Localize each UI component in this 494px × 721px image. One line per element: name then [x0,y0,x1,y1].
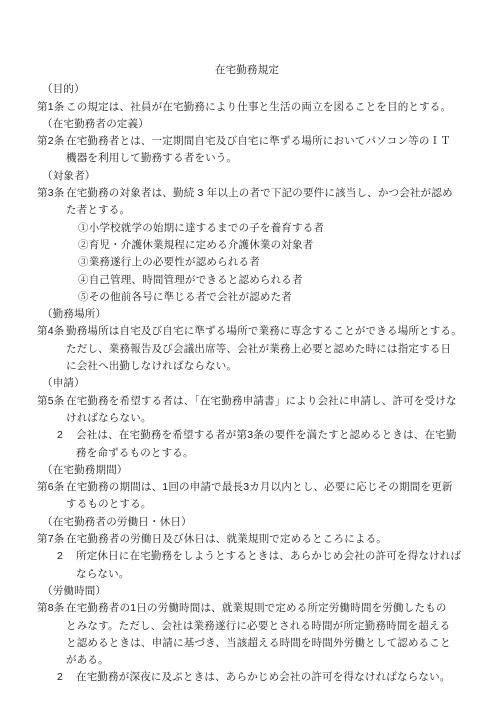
numbered-list-item: ②育児・介護休業規程に定める介護休業の対象者 [0,237,494,254]
article-continuation-line: ただし、業務報告及び会議出席等、会社が業務上必要と認めた時には指定する日 [0,341,494,358]
section-heading: （目的） [0,81,494,98]
line-text: 所定休日に在宅勤務をしようとするときは、あらかじめ会社の許可を得なければ [76,548,494,565]
section-heading: （勤務場所） [0,306,494,323]
document-page: 在宅勤務規定 （目的）第1条この規定は、社員が在宅勤務により仕事と生活の両立を図… [0,0,494,721]
sub-clause-number: 2 [57,427,76,444]
article-line: 第3条在宅勤務の対象者は、勤続 3 年以上の者で下記の要件に該当し、かつ会社が認… [0,185,494,202]
article-continuation-line: と認めるときは、申請に基づき、当該超える時間を時間外労働として認めること [0,635,494,652]
line-text: 在宅勤務の期間は、1回の申請で最長3カ月以内とし、必要に応じその期間を更新 [66,479,494,496]
article-number: 第8条 [37,600,66,617]
line-text: 在宅勤務の対象者は、勤続 3 年以上の者で下記の要件に該当し、かつ会社が認め [66,185,494,202]
line-text: 在宅勤務者の労働日及び休日は、就業規則で定めるところによる。 [66,531,494,548]
article-number: 第2条 [37,133,66,150]
article-line: 第4条勤務場所は自宅及び自宅に準ずる場所で業務に専念することができる場所とする。 [0,323,494,340]
article-continuation-line: 機器を利用して勤務する者をいう。 [0,150,494,167]
article-line: 第7条在宅勤務者の労働日及び休日は、就業規則で定めるところによる。 [0,531,494,548]
numbered-list-item: ①小学校就学の始期に達するまでの子を養育する者 [0,220,494,237]
sub-clause-continuation-line: ならない。 [0,566,494,583]
section-heading: （在宅勤務期間） [0,462,494,479]
article-continuation-line: するものとする。 [0,496,494,513]
article-number: 第1条 [37,99,66,116]
numbered-list-item: ⑤その他前各号に準じる者で会社が認めた者 [0,289,494,306]
section-heading: （対象者） [0,168,494,185]
sub-clause-line: 2会社は、在宅勤務を希望する者が第3条の要件を満たすと認めるときは、在宅勤 [0,427,494,444]
document-body: 在宅勤務規定 （目的）第1条この規定は、社員が在宅勤務により仕事と生活の両立を図… [0,0,494,687]
line-text: 在宅勤務者の1日の労働時間は、就業規則で定める所定労働時間を労働したもの [66,600,494,617]
article-line: 第6条在宅勤務の期間は、1回の申請で最長3カ月以内とし、必要に応じその期間を更新 [0,479,494,496]
article-line: 第2条在宅勤務者とは、一定期間自宅及び自宅に準ずる場所においてパソコン等のＩＴ [0,133,494,150]
sub-clause-continuation-line: 務を命ずるものとする。 [0,445,494,462]
section-heading: （申請） [0,375,494,392]
article-line: 第1条この規定は、社員が在宅勤務により仕事と生活の両立を図ることを目的とする。 [0,99,494,116]
sub-clause-number: 2 [57,669,76,686]
article-continuation-line: とみなす。ただし、会社は業務遂行に必要とされる時間が所定勤務時間を超える [0,618,494,635]
section-heading: （在宅勤務者の定義） [0,116,494,133]
line-text: 会社は、在宅勤務を希望する者が第3条の要件を満たすと認めるときは、在宅勤 [76,427,494,444]
article-continuation-line: に会社へ出勤しなければならない。 [0,358,494,375]
line-text: 在宅勤務を希望する者は、「在宅勤務申請書」により会社に申請し、許可を受けな [66,393,494,410]
article-number: 第4条 [37,323,66,340]
article-number: 第7条 [37,531,66,548]
article-line: 第5条在宅勤務を希望する者は、「在宅勤務申請書」により会社に申請し、許可を受けな [0,393,494,410]
article-continuation-line: ければならない。 [0,410,494,427]
article-line: 第8条在宅勤務者の1日の労働時間は、就業規則で定める所定労働時間を労働したもの [0,600,494,617]
sub-clause-line: 2所定休日に在宅勤務をしようとするときは、あらかじめ会社の許可を得なければ [0,548,494,565]
line-text: 勤務場所は自宅及び自宅に準ずる場所で業務に専念することができる場所とする。 [66,323,494,340]
sub-clause-line: 2在宅勤務が深夜に及ぶときは、あらかじめ会社の許可を得なければならない。 [0,669,494,686]
section-heading: （在宅勤務者の労働日・休日） [0,514,494,531]
article-number: 第3条 [37,185,66,202]
page-title: 在宅勤務規定 [0,62,494,79]
article-number: 第6条 [37,479,66,496]
numbered-list-item: ③業務遂行上の必要性が認められる者 [0,254,494,271]
numbered-list-item: ④自己管理、時間管理ができると認められる者 [0,272,494,289]
sub-clause-number: 2 [57,548,76,565]
line-text: この規定は、社員が在宅勤務により仕事と生活の両立を図ることを目的とする。 [66,99,494,116]
line-text: 在宅勤務が深夜に及ぶときは、あらかじめ会社の許可を得なければならない。 [76,669,494,686]
article-number: 第5条 [37,393,66,410]
line-text: 在宅勤務者とは、一定期間自宅及び自宅に準ずる場所においてパソコン等のＩＴ [66,133,494,150]
article-continuation-line: た者とする。 [0,202,494,219]
section-heading: （労働時間） [0,583,494,600]
article-continuation-line: がある。 [0,652,494,669]
